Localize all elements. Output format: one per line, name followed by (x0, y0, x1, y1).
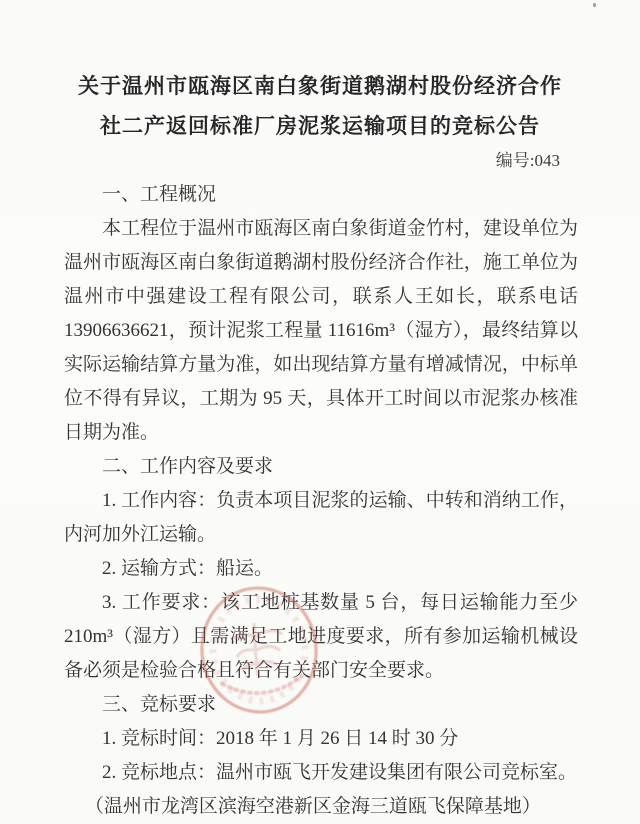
document-title: 关于温州市瓯海区南白象街道鹅湖村股份经济合作 社二产返回标准厂房泥浆运输项目的竞… (0, 66, 640, 146)
paragraph-bid-address: （温州市龙湾区滨海空港新区金海三道瓯飞保障基地） (64, 790, 578, 824)
title-line-2: 社二产返回标准厂房泥浆运输项目的竞标公告 (0, 106, 640, 146)
paragraph-bid-location: 2. 竞标地点：温州市瓯飞开发建设集团有限公司竞标室。 (64, 756, 578, 790)
title-line-1: 关于温州市瓯海区南白象街道鹅湖村股份经济合作 (0, 66, 640, 106)
section-heading-work-content: 二、工作内容及要求 (64, 450, 578, 484)
document-body: 一、工程概况 本工程位于温州市瓯海区南白象街道金竹村，建设单位为温州市瓯海区南白… (0, 178, 640, 824)
scanned-document-page: 关于温州市瓯海区南白象街道鹅湖村股份经济合作 社二产返回标准厂房泥浆运输项目的竞… (0, 0, 640, 824)
paragraph-transport-method: 2. 运输方式：船运。 (64, 552, 578, 586)
paragraph-work-content: 1. 工作内容：负责本项目泥浆的运输、中转和消纳工作，内河加外江运输。 (64, 484, 578, 552)
doc-number: 编号:043 (0, 148, 640, 174)
section-heading-bid-requirements: 三、竞标要求 (64, 688, 578, 722)
paragraph-work-requirements: 3. 工作要求：该工地桩基数量 5 台，每日运输能力至少 210m³（湿方）且需… (64, 586, 578, 688)
paragraph-bid-time: 1. 竞标时间：2018 年 1 月 26 日 14 时 30 分 (64, 722, 578, 756)
paragraph-project-overview: 本工程位于温州市瓯海区南白象街道金竹村，建设单位为温州市瓯海区南白象街道鹅湖村股… (64, 212, 578, 450)
section-heading-project-overview: 一、工程概况 (64, 178, 578, 212)
scan-artifact-speck (593, 3, 596, 7)
